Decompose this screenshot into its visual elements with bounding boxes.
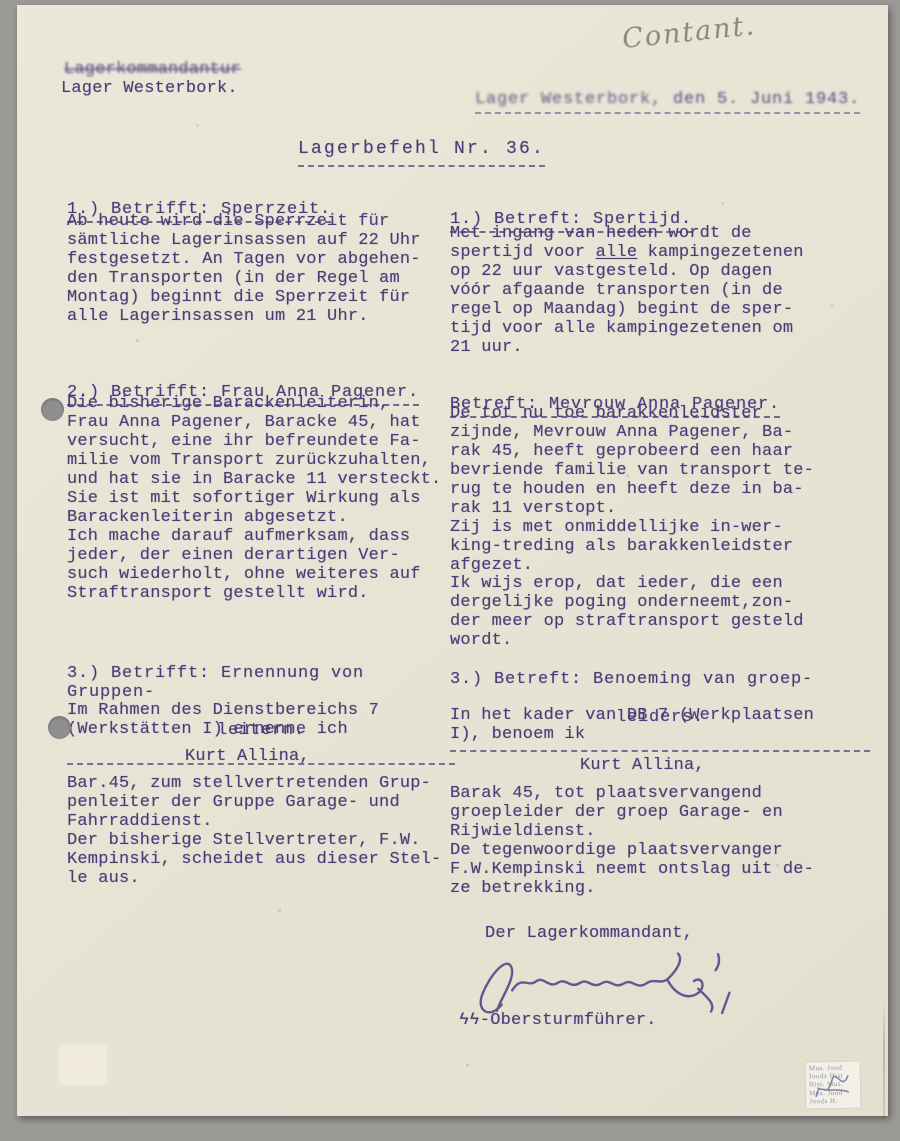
section-2-left-para1: Die bisherige Barackenleiterin, Frau Ann… <box>67 394 459 527</box>
page-title-text: Lagerbefehl Nr. 36. <box>298 140 545 167</box>
paper-crease <box>883 1000 885 1118</box>
dateline-date: den 5. Juni 1943. <box>662 90 860 109</box>
section-3-left-para1: Im Rahmen des Dienstbereichs 7 (Werkstät… <box>67 701 455 739</box>
section-3-right-heading-line1: 3.) Betreft: Benoeming van groep- <box>450 670 870 689</box>
dateline-place: Lager Westerbork, <box>475 90 662 109</box>
sender-office-line: Lagerkommandantur <box>64 60 241 79</box>
scan-background: Contant. Lagerkommandantur Lager Westerb… <box>0 0 900 1141</box>
page-title: Lagerbefehl Nr. 36. <box>298 121 545 167</box>
museum-stamp: Mus. Jood Joods Hist Hist. Mus. Mus. Joo… <box>806 1062 861 1109</box>
section-3-left-para2: Bar.45, zum stellvertretenden Grup- penl… <box>67 774 459 888</box>
section-3-right-para2: Barak 45, tot plaatsvervangend groepleid… <box>450 784 882 898</box>
section-2-right-para2: Ik wijs erop, dat ieder, die een dergeli… <box>450 574 882 650</box>
dateline: Lager Westerbork, den 5. Juni 1943. <box>475 71 860 114</box>
hole-punch-bottom <box>48 716 71 739</box>
handwritten-annotation: Contant. <box>621 10 758 55</box>
section-1-left-body: Ab heute wird die Sperrzeit für sämtlich… <box>67 212 455 326</box>
stamp-line: Joods H. <box>809 1096 860 1105</box>
sender-camp-line: Lager Westerbork. <box>61 79 238 98</box>
signature-rank: ϟϟ-Obersturmführer. <box>459 1011 657 1030</box>
section-3-right-name: Kurt Allina, <box>580 756 705 775</box>
section-1-right-body: Met ingang van heden wordt de spertijd v… <box>450 224 880 357</box>
section-3-right-para1: In het kader van DB 7 (Werkplaatsen I), … <box>450 706 880 744</box>
tape-residue-patch <box>59 1045 107 1085</box>
section-3-left-name: Kurt Allina, <box>185 747 310 766</box>
document-page: Contant. Lagerkommandantur Lager Westerb… <box>17 5 888 1116</box>
section-2-right-para1: De tot nu toe barakkenleidster zijnde, M… <box>450 404 882 575</box>
section-2-left-para2: Ich mache darauf aufmerksam, dass jeder,… <box>67 527 459 603</box>
section-3-left-heading-line1: 3.) Betrifft: Ernennung von Gruppen- <box>67 664 455 702</box>
hole-punch-top <box>41 398 64 421</box>
paper-speckles <box>17 5 18 6</box>
